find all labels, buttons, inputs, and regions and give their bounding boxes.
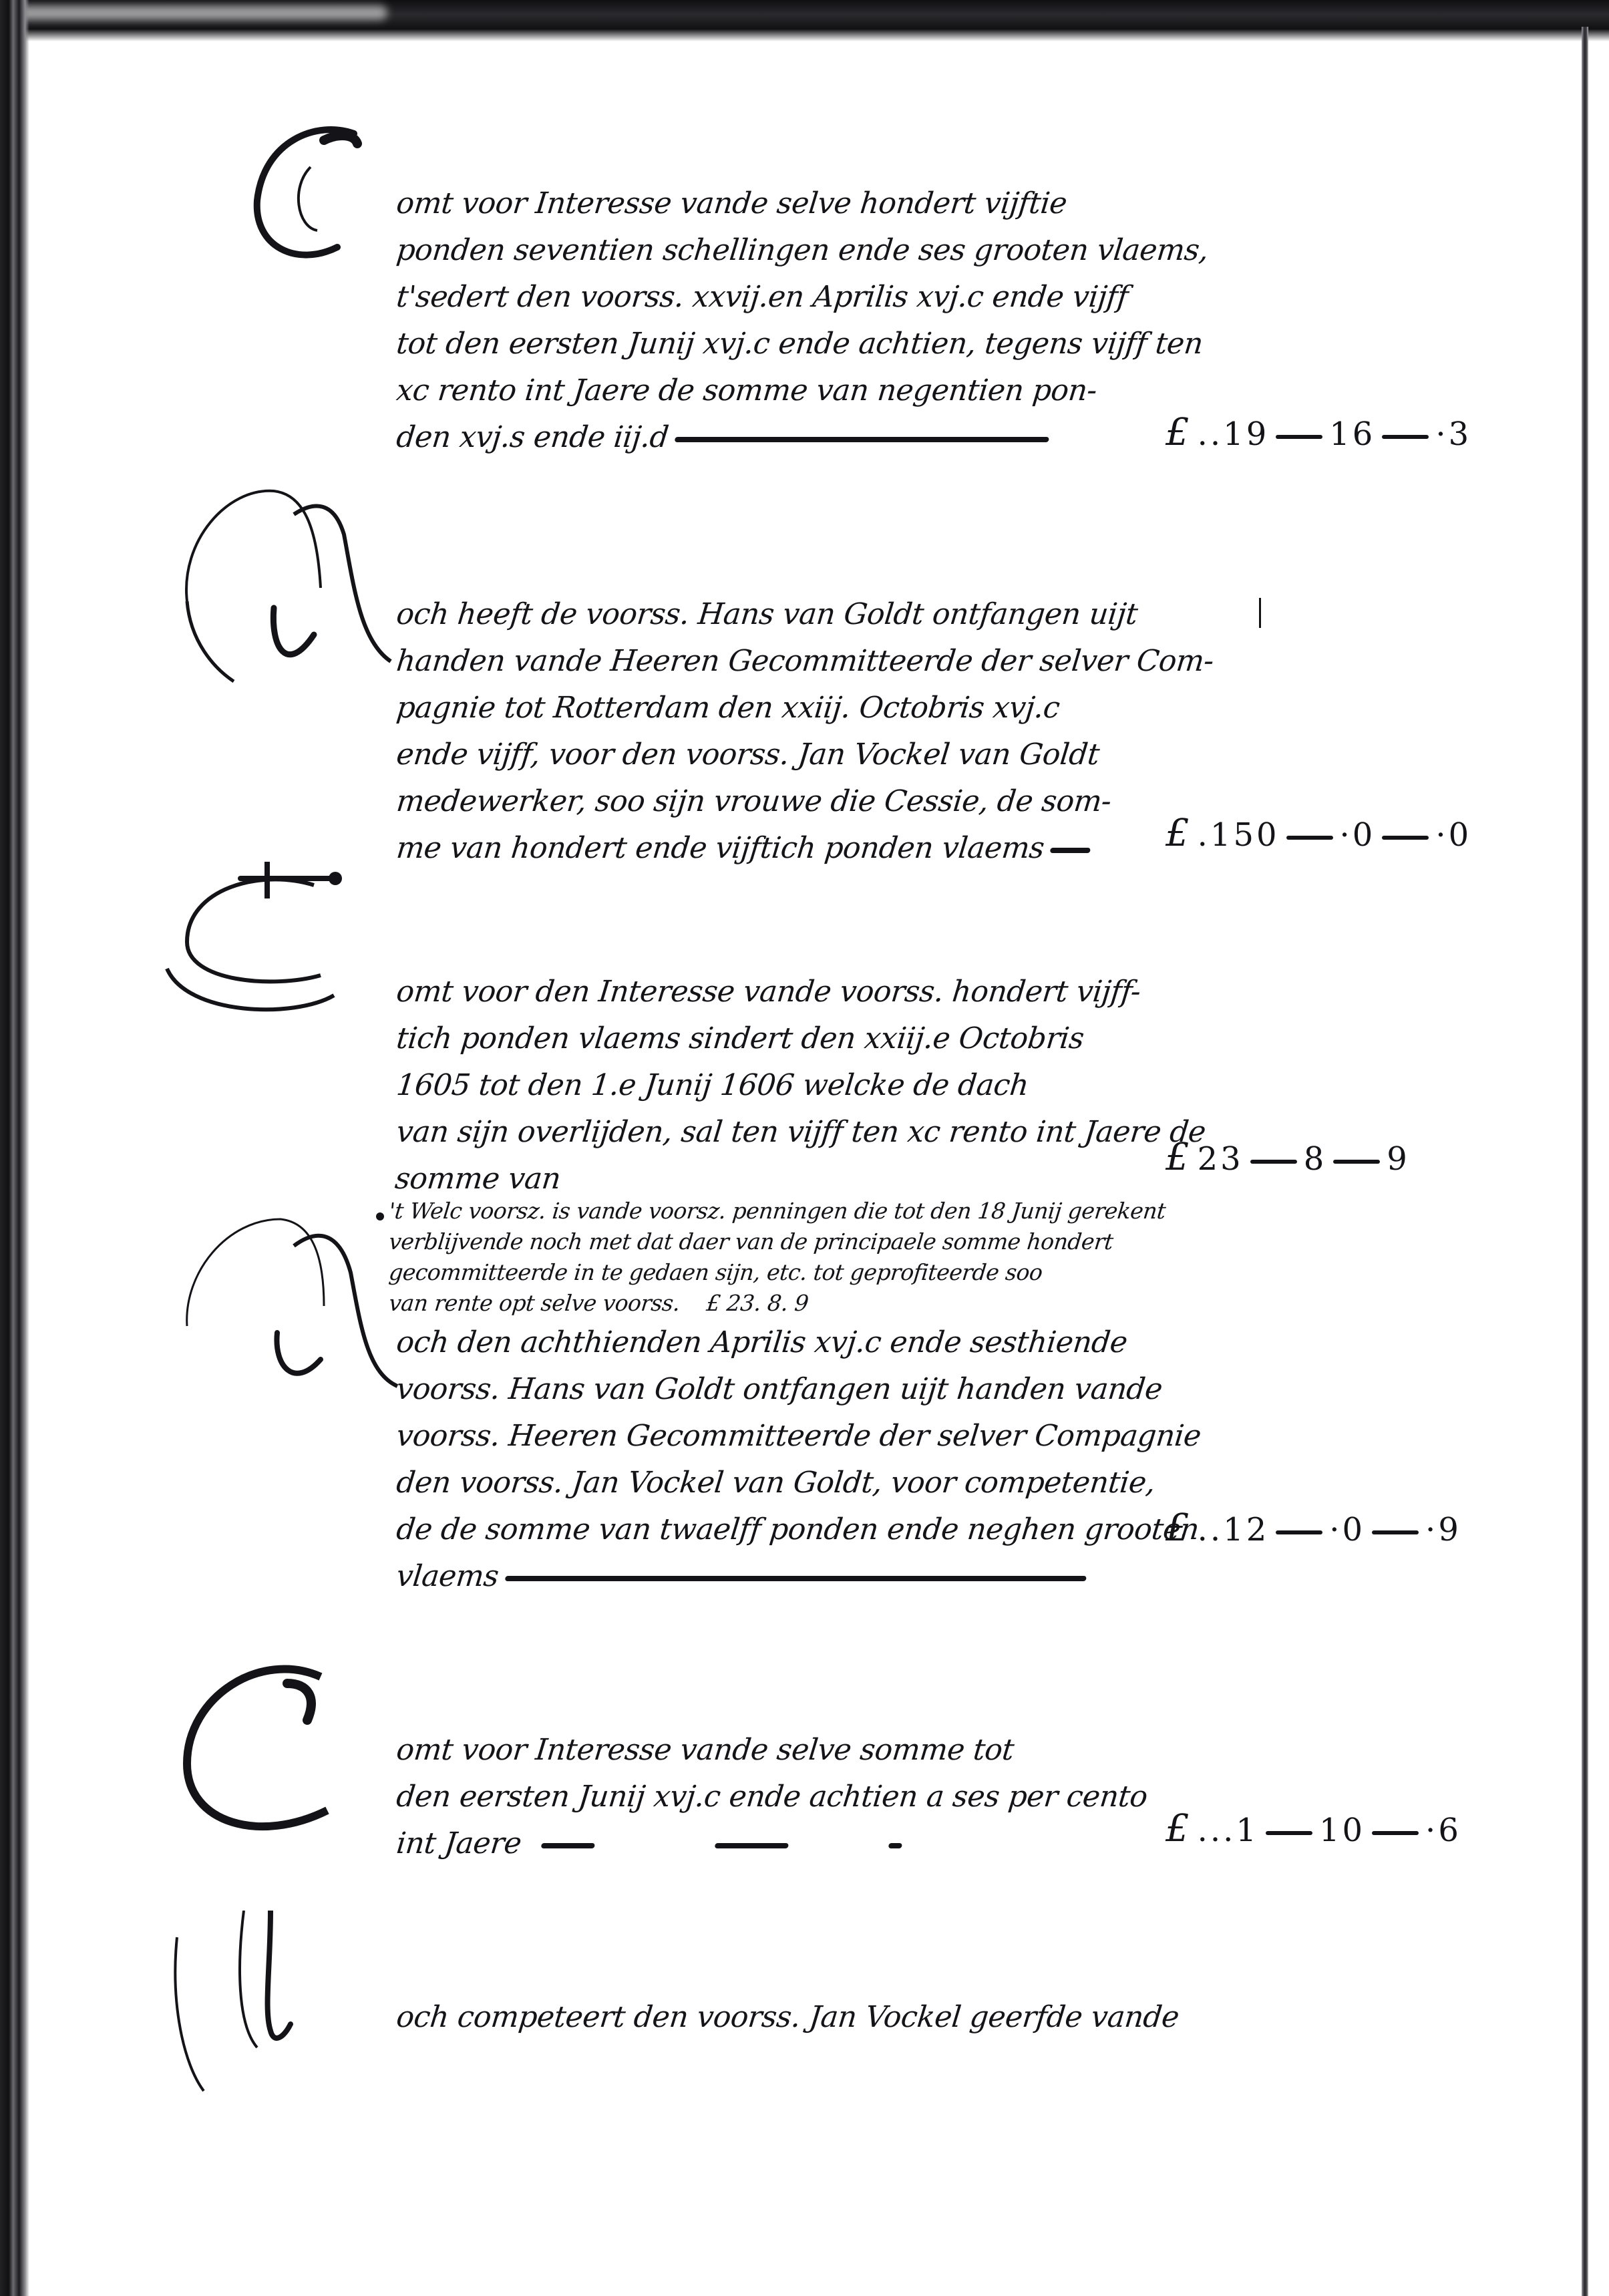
annotation-line: van rente opt selve voorss. £ 23. 8. 9	[374, 1288, 1312, 1319]
initial-c-glyph-icon	[160, 862, 361, 1049]
entry-line: tich ponden vlaems sindert den xxiij.e O…	[394, 1015, 1200, 1062]
flourished-initial-n	[167, 1172, 407, 1400]
entry-line: voorss. Hans van Goldt ontfangen uijt ha…	[394, 1366, 1200, 1413]
entry-amount: £.150·0·0	[1166, 812, 1471, 855]
amount-pounds: 23	[1198, 1140, 1244, 1178]
entry-line: voorss. Heeren Gecommitteerde der selver…	[394, 1413, 1200, 1460]
entry-line: van sijn overlijden, sal ten vijff ten x…	[394, 1109, 1200, 1156]
initial-n-glyph-icon	[160, 461, 401, 688]
margin-mark	[1259, 598, 1261, 628]
amount-pounds: 19	[1223, 416, 1269, 453]
amount-shillings: 16	[1329, 416, 1375, 453]
amount-pence: 6	[1438, 1812, 1461, 1849]
entry-line: pagnie tot Rotterdam den xxiij. Octobris…	[394, 685, 1200, 731]
dash-filler	[541, 1843, 595, 1848]
flourished-initial-c	[174, 1657, 387, 1857]
entry-line: och competeert den voorss. Jan Vockel ge…	[394, 1994, 1200, 2041]
entry-line: vlaems	[394, 1553, 1200, 1600]
amount-pence: 9	[1387, 1140, 1410, 1178]
entry-line: medewerker, soo sijn vrouwe die Cessie, …	[394, 778, 1200, 825]
entry-line: omt voor Interesse vande selve hondert v…	[394, 180, 1200, 227]
flourished-initial-c	[237, 114, 404, 281]
flourished-initial-c	[160, 862, 361, 1049]
entry-line: den eersten Junij xvj.c ende achtien a s…	[394, 1774, 1200, 1820]
entry-line: me van hondert ende vijftich ponden vlae…	[394, 825, 1200, 872]
initial-n-glyph-icon	[170, 1911, 411, 2131]
entry-line: tot den eersten Junij xvj.c ende achtien…	[394, 321, 1200, 367]
entry-line: ende vijff, voor den voorss. Jan Vockel …	[394, 731, 1200, 778]
amount-pounds: 150	[1210, 816, 1280, 854]
amount-pounds: 1	[1236, 1812, 1259, 1849]
entry-line: int Jaere	[394, 1820, 1200, 1867]
amount-pounds: 12	[1223, 1511, 1269, 1548]
entry-line: xc rento int Jaere de somme van negentie…	[394, 367, 1200, 414]
entry-line: och heeft de voorss. Hans van Goldt ontf…	[394, 591, 1200, 638]
dash-filler	[505, 1576, 1087, 1581]
entry-amount: £2389	[1166, 1136, 1410, 1179]
amount-shillings: 0	[1343, 1511, 1366, 1548]
ledger-entry-3: omt voor den Interesse vande voorss. hon…	[394, 969, 1196, 1189]
annotation-line: verblijvende noch met dat daer van de pr…	[374, 1226, 1312, 1257]
annotation-line: 't Welc voorsz. is vande voorsz. penning…	[374, 1196, 1312, 1226]
entry-amount: £...110·6	[1166, 1807, 1461, 1850]
amount-pence: 3	[1449, 416, 1472, 453]
initial-c-glyph-icon	[174, 1657, 387, 1857]
entry-line: de de somme van twaelff ponden ende negh…	[394, 1506, 1200, 1553]
annotation-line: gecommitteerde in te gedaen sijn, etc. t…	[374, 1257, 1312, 1288]
dash-filler	[715, 1843, 789, 1848]
amount-shillings: 8	[1304, 1140, 1327, 1178]
entry-amount: £..12·0·9	[1166, 1506, 1461, 1550]
entry-line: ponden seventien schellingen ende ses gr…	[394, 227, 1200, 274]
entry-line: den voorss. Jan Vockel van Goldt, voor c…	[394, 1460, 1200, 1506]
flourished-initial-n	[160, 461, 401, 688]
amount-pence: 0	[1449, 816, 1472, 854]
dash-filler	[1050, 848, 1091, 853]
entry-amount: £..1916·3	[1166, 411, 1471, 454]
ledger-entry-1: omt voor Interesse vande selve hondert v…	[394, 180, 1196, 461]
entry-line: och den achthienden Aprilis xvj.c ende s…	[394, 1319, 1200, 1366]
entry-line: omt voor Interesse vande selve somme tot	[394, 1727, 1200, 1774]
entry-line: omt voor den Interesse vande voorss. hon…	[394, 969, 1200, 1015]
dash-filler	[675, 437, 1049, 442]
amount-shillings: 10	[1319, 1812, 1365, 1849]
annotation-amount: £ 23. 8. 9	[705, 1290, 810, 1316]
dash-filler	[888, 1843, 902, 1848]
amount-pence: 9	[1438, 1511, 1461, 1548]
amount-shillings: 0	[1353, 816, 1376, 854]
entry-line: 1605 tot den 1.e Junij 1606 welcke de da…	[394, 1062, 1200, 1109]
initial-n-glyph-icon	[167, 1172, 407, 1400]
marginal-annotation: 't Welc voorsz. is vande voorsz. penning…	[374, 1196, 1309, 1319]
ledger-entry-4: och den achthienden Aprilis xvj.c ende s…	[394, 1319, 1196, 1600]
ledger-entry-5: omt voor Interesse vande selve somme tot…	[394, 1727, 1196, 1867]
flourished-initial-n	[170, 1911, 411, 2131]
entry-line: handen vande Heeren Gecommitteerde der s…	[394, 638, 1200, 685]
entry-line: den xvj.s ende iij.d	[394, 414, 1200, 461]
ledger-entry-2: och heeft de voorss. Hans van Goldt ontf…	[394, 591, 1196, 872]
ledger-entry-6: och competeert den voorss. Jan Vockel ge…	[394, 1994, 1196, 2041]
entry-line: t'sedert den voorss. xxvij.en Aprilis xv…	[394, 274, 1200, 321]
entry-line: somme van	[394, 1156, 1199, 1189]
initial-c-glyph-icon	[237, 114, 404, 281]
manuscript-page: omt voor Interesse vande selve hondert v…	[0, 0, 1609, 2296]
